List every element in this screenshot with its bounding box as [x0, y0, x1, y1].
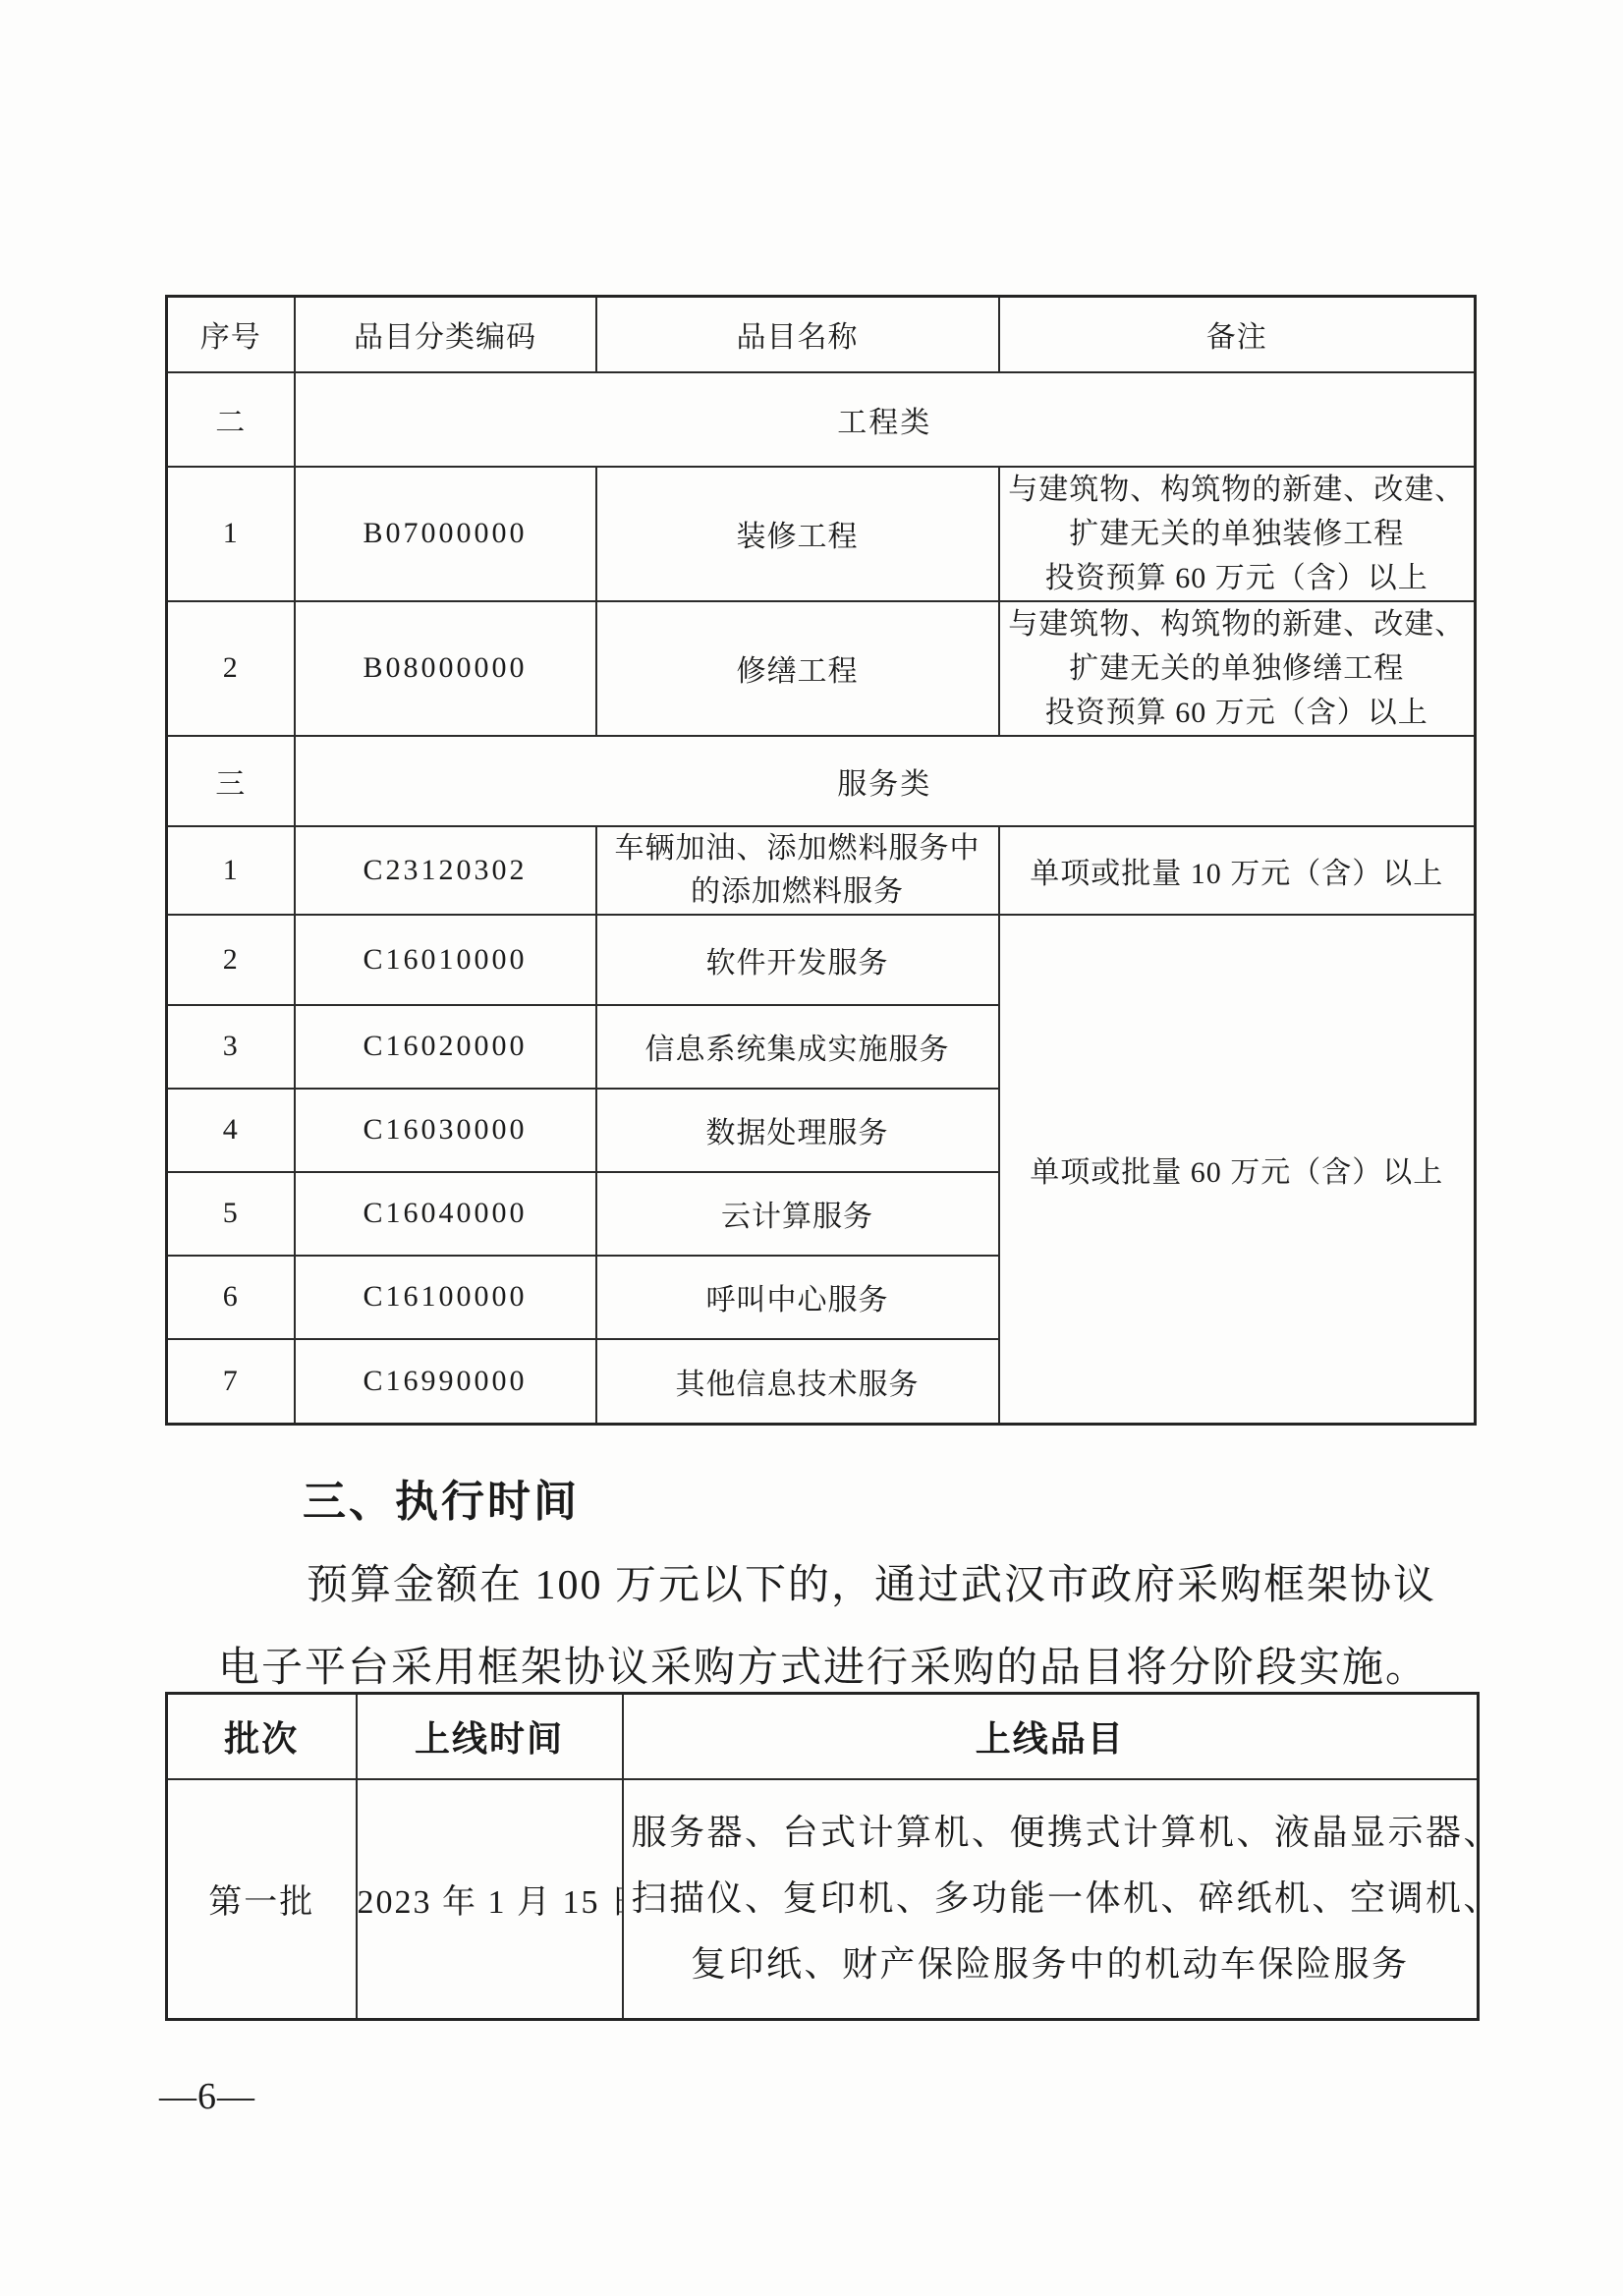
- seq-cell: 7: [167, 1339, 295, 1425]
- seq-cell: 1: [167, 826, 295, 915]
- col-header-seq: 序号: [167, 297, 295, 372]
- seq-cell: 4: [167, 1089, 295, 1172]
- col-header-launch-time: 上线时间: [357, 1694, 623, 1779]
- table-row: 1 B07000000 装修工程 与建筑物、构筑物的新建、改建、 扩建无关的单独…: [167, 467, 1476, 601]
- col-header-code: 品目分类编码: [295, 297, 596, 372]
- section-row-service: 三 服务类: [167, 736, 1476, 826]
- code-cell: B07000000: [295, 467, 596, 601]
- section-title: 三、执行时间: [303, 1466, 580, 1529]
- section-no-cell: 三: [167, 736, 295, 826]
- remark-cell: 单项或批量 10 万元（含）以上: [999, 826, 1476, 915]
- remark-cell: 与建筑物、构筑物的新建、改建、 扩建无关的单独修缮工程 投资预算 60 万元（含…: [999, 601, 1476, 736]
- items-line: 服务器、台式计算机、便携式计算机、液晶显示器、: [632, 1800, 1470, 1866]
- name-cell: 修缮工程: [596, 601, 999, 736]
- seq-cell: 3: [167, 1005, 295, 1089]
- code-cell: C16100000: [295, 1256, 596, 1339]
- item-catalog-table: 序号 品目分类编码 品目名称 备注 二 工程类 1 B07000000 装修工程…: [165, 295, 1477, 1426]
- code-cell: C16040000: [295, 1172, 596, 1256]
- seq-cell: 6: [167, 1256, 295, 1339]
- col-header-remark: 备注: [999, 297, 1476, 372]
- name-cell: 呼叫中心服务: [596, 1256, 999, 1339]
- name-cell: 数据处理服务: [596, 1089, 999, 1172]
- code-cell: C16990000: [295, 1339, 596, 1425]
- section-row-engineering: 二 工程类: [167, 372, 1476, 467]
- col-header-name: 品目名称: [596, 297, 999, 372]
- col-header-launch-items: 上线品目: [623, 1694, 1479, 1779]
- items-cell: 服务器、台式计算机、便携式计算机、液晶显示器、 扫描仪、复印机、多功能一体机、碎…: [623, 1779, 1479, 2020]
- table-row: 2 C16010000 软件开发服务 单项或批量 60 万元（含）以上: [167, 915, 1476, 1005]
- name-cell: 其他信息技术服务: [596, 1339, 999, 1425]
- code-cell: C16010000: [295, 915, 596, 1005]
- paragraph-line: 预算金额在 100 万元以下的，通过武汉市政府采购框架协议: [218, 1544, 1441, 1627]
- name-cell: 云计算服务: [596, 1172, 999, 1256]
- col-header-batch: 批次: [167, 1694, 357, 1779]
- table-row: 2 B08000000 修缮工程 与建筑物、构筑物的新建、改建、 扩建无关的单独…: [167, 601, 1476, 736]
- date-cell: 2023 年 1 月 15 日: [357, 1779, 623, 2020]
- page-number: —6—: [159, 2075, 255, 2118]
- section-label-cell: 工程类: [295, 372, 1476, 467]
- items-line: 扫描仪、复印机、多功能一体机、碎纸机、空调机、: [632, 1866, 1470, 1932]
- items-line: 复印纸、财产保险服务中的机动车保险服务: [632, 1932, 1470, 1997]
- launch-schedule-table: 批次 上线时间 上线品目 第一批 2023 年 1 月 15 日 服务器、台式计…: [165, 1692, 1480, 2021]
- table-row: 第一批 2023 年 1 月 15 日 服务器、台式计算机、便携式计算机、液晶显…: [167, 1779, 1479, 2020]
- body-paragraph: 预算金额在 100 万元以下的，通过武汉市政府采购框架协议 电子平台采用框架协议…: [218, 1544, 1441, 1709]
- document-page: 序号 品目分类编码 品目名称 备注 二 工程类 1 B07000000 装修工程…: [0, 0, 1623, 2296]
- seq-cell: 5: [167, 1172, 295, 1256]
- seq-cell: 2: [167, 915, 295, 1005]
- table-row: 1 C23120302 车辆加油、添加燃料服务中 的添加燃料服务 单项或批量 1…: [167, 826, 1476, 915]
- name-cell: 信息系统集成实施服务: [596, 1005, 999, 1089]
- section-label-cell: 服务类: [295, 736, 1476, 826]
- code-cell: C16020000: [295, 1005, 596, 1089]
- name-cell: 装修工程: [596, 467, 999, 601]
- section-no-cell: 二: [167, 372, 295, 467]
- seq-cell: 2: [167, 601, 295, 736]
- schedule-header-row: 批次 上线时间 上线品目: [167, 1694, 1479, 1779]
- seq-cell: 1: [167, 467, 295, 601]
- name-cell: 车辆加油、添加燃料服务中 的添加燃料服务: [596, 826, 999, 915]
- code-cell: B08000000: [295, 601, 596, 736]
- remark-cell: 与建筑物、构筑物的新建、改建、 扩建无关的单独装修工程 投资预算 60 万元（含…: [999, 467, 1476, 601]
- catalog-header-row: 序号 品目分类编码 品目名称 备注: [167, 297, 1476, 372]
- merged-remark-cell: 单项或批量 60 万元（含）以上: [999, 915, 1476, 1425]
- batch-cell: 第一批: [167, 1779, 357, 2020]
- code-cell: C23120302: [295, 826, 596, 915]
- name-cell: 软件开发服务: [596, 915, 999, 1005]
- code-cell: C16030000: [295, 1089, 596, 1172]
